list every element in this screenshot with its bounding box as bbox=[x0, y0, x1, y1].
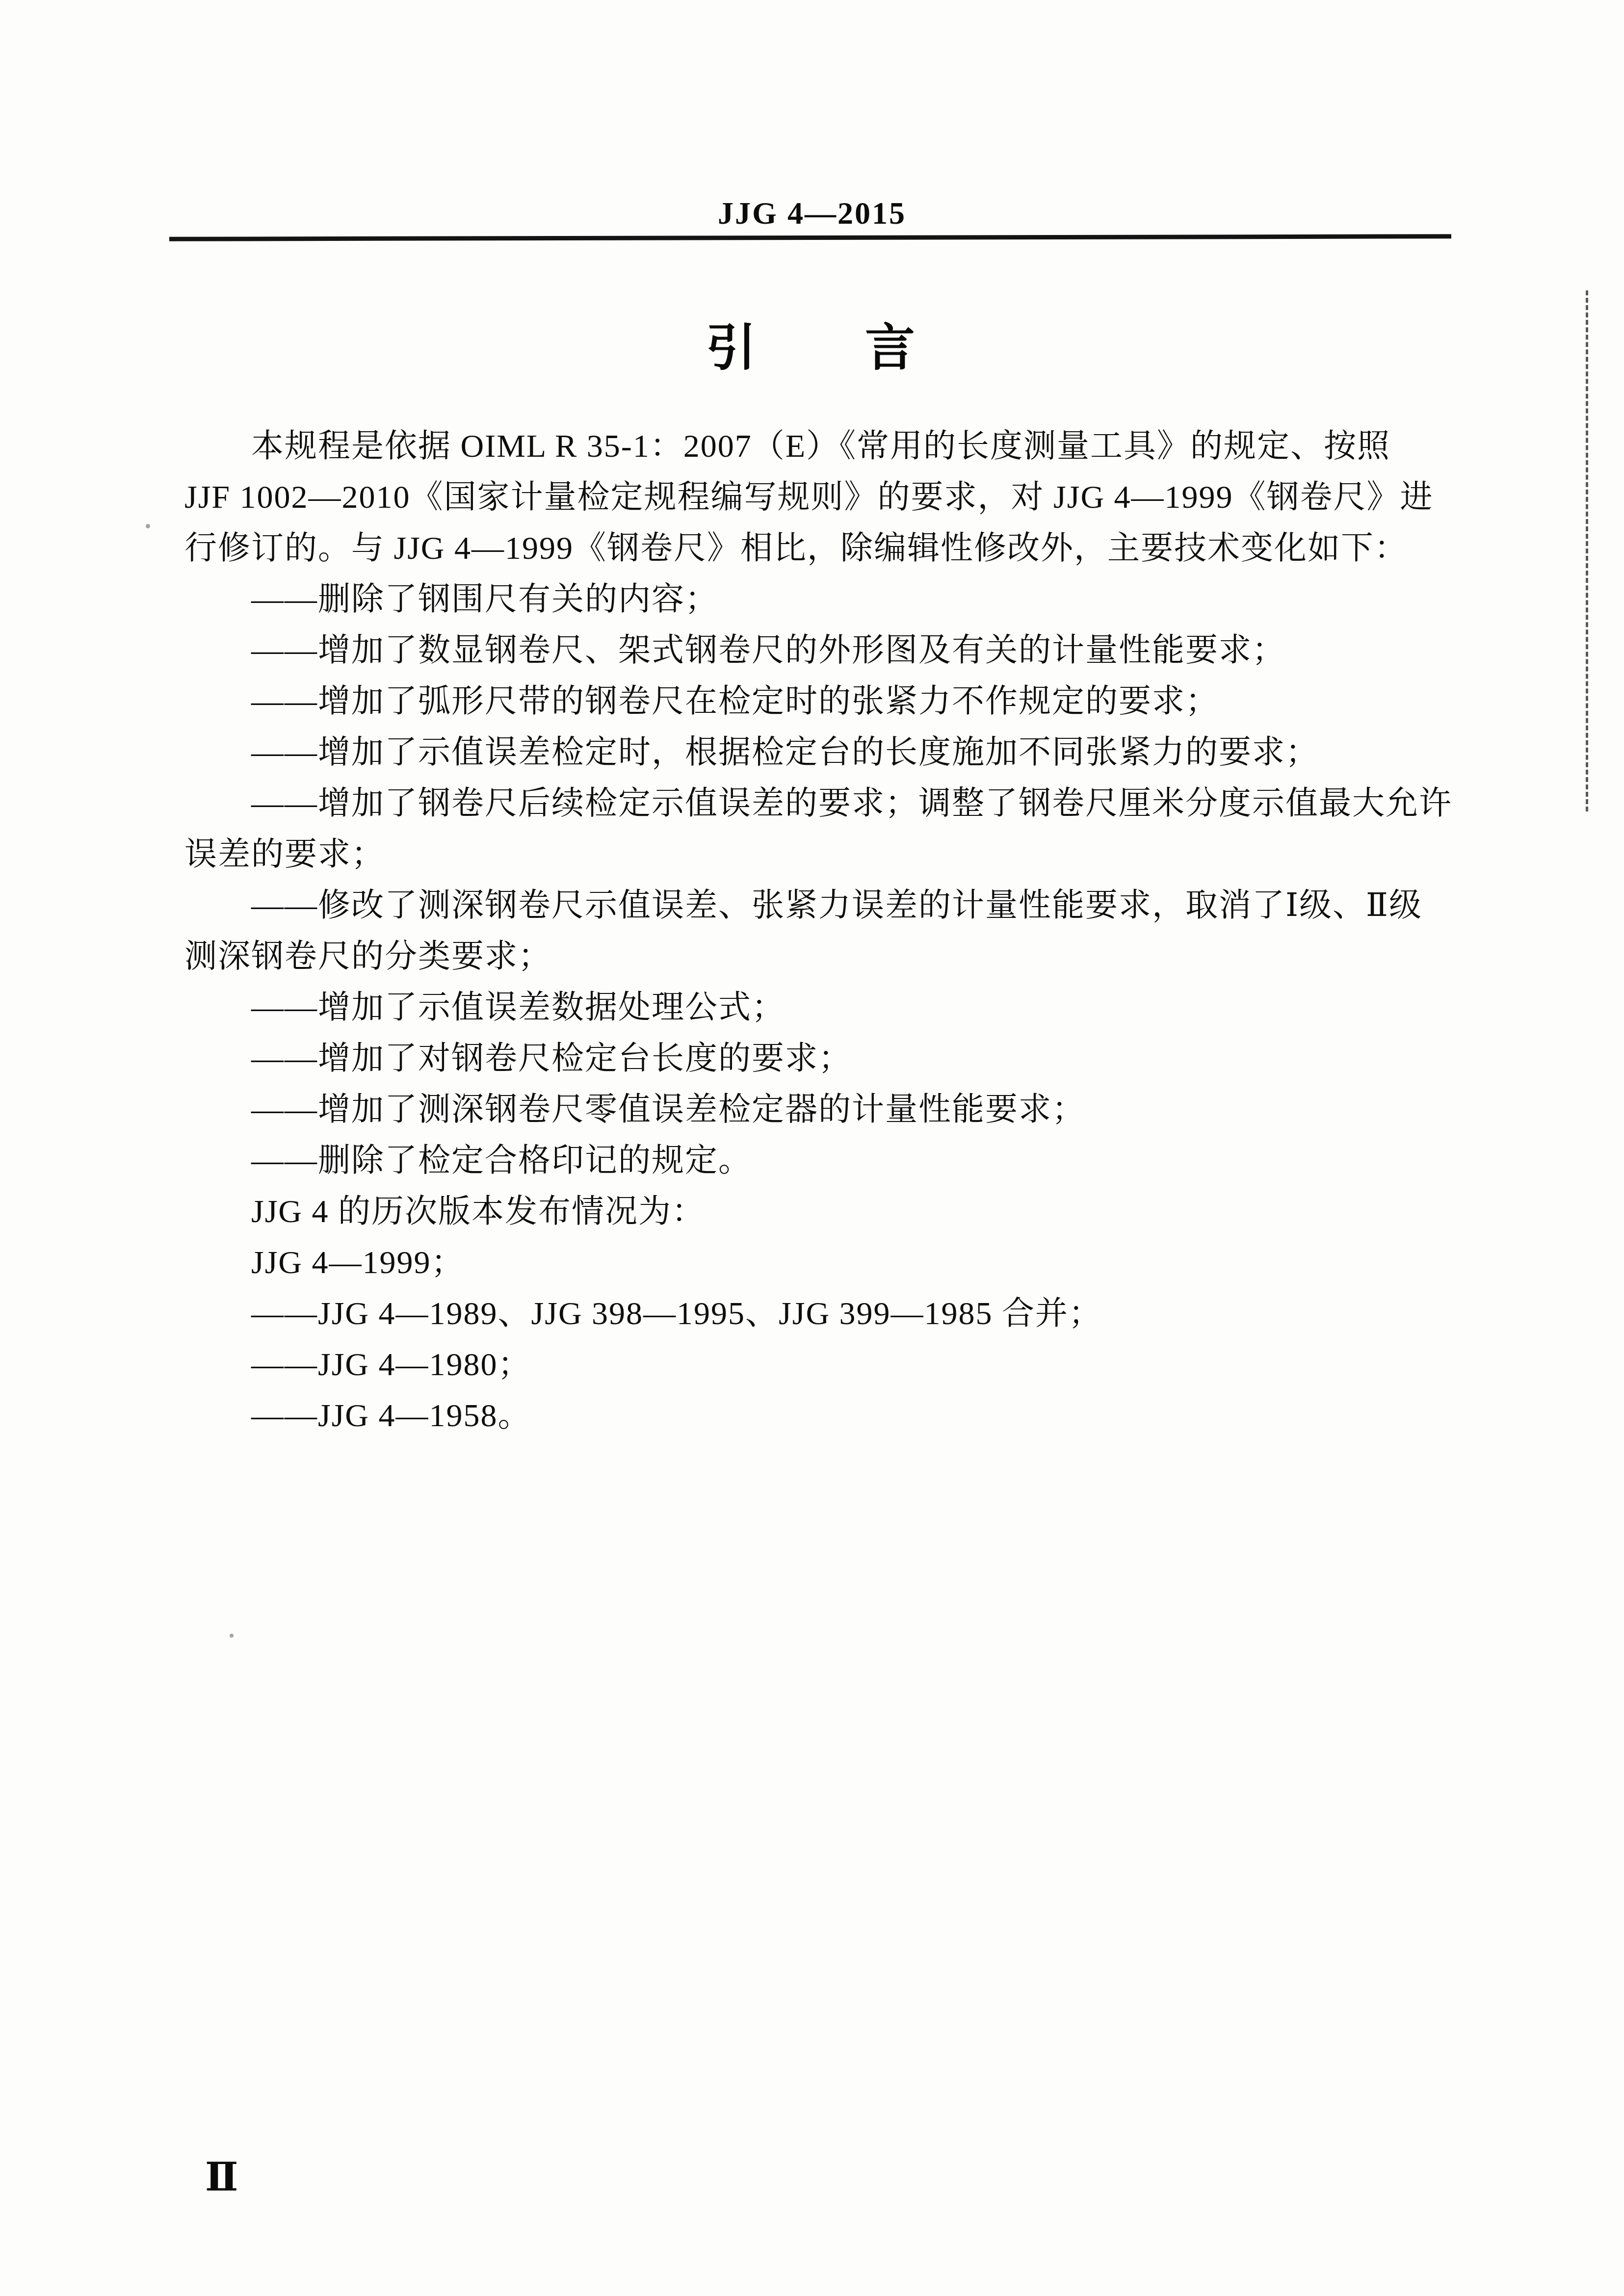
body-line: ——增加了钢卷尺后续检定示值误差的要求；调整了钢卷尺厘米分度示值最大允许 bbox=[184, 778, 1455, 829]
document-page: JJG 4—2015 引 言 本规程是依据 OIML R 35-1：2007（E… bbox=[0, 0, 1624, 2296]
scan-speck bbox=[146, 524, 150, 528]
body-line: 行修订的。与 JJG 4—1999《钢卷尺》相比，除编辑性修改外，主要技术变化如… bbox=[184, 523, 1455, 574]
body-line: JJG 4 的历次版本发布情况为： bbox=[184, 1186, 1455, 1237]
body-line: ——增加了数显钢卷尺、架式钢卷尺的外形图及有关的计量性能要求； bbox=[184, 625, 1455, 676]
body-line: 测深钢卷尺的分类要求； bbox=[184, 931, 1455, 982]
header-divider-rule bbox=[169, 234, 1451, 241]
body-line: ——删除了钢围尺有关的内容； bbox=[184, 574, 1455, 625]
scan-speck bbox=[230, 1634, 234, 1638]
body-line: ——增加了示值误差数据处理公式； bbox=[184, 982, 1455, 1033]
body-line: 本规程是依据 OIML R 35-1：2007（E）《常用的长度测量工具》的规定… bbox=[184, 421, 1455, 472]
body-line: ——修改了测深钢卷尺示值误差、张紧力误差的计量性能要求，取消了Ⅰ级、Ⅱ级 bbox=[184, 880, 1455, 931]
body-line: ——JJG 4—1989、JJG 398—1995、JJG 399—1985 合… bbox=[184, 1288, 1455, 1339]
body-line: JJF 1002—2010《国家计量检定规程编写规则》的要求，对 JJG 4—1… bbox=[184, 472, 1455, 523]
body-line: JJG 4—1999； bbox=[184, 1237, 1455, 1288]
body-line: ——增加了测深钢卷尺零值误差检定器的计量性能要求； bbox=[184, 1084, 1455, 1135]
body-text-block: 本规程是依据 OIML R 35-1：2007（E）《常用的长度测量工具》的规定… bbox=[184, 421, 1455, 1441]
body-line: ——增加了弧形尺带的钢卷尺在检定时的张紧力不作规定的要求； bbox=[184, 676, 1455, 727]
page-number: Ⅱ bbox=[205, 2154, 238, 2200]
document-code-header: JJG 4—2015 bbox=[0, 195, 1624, 232]
body-line: ——删除了检定合格印记的规定。 bbox=[184, 1135, 1455, 1186]
scan-dashed-line-artifact bbox=[1586, 290, 1588, 811]
body-line: ——增加了示值误差检定时，根据检定台的长度施加不同张紧力的要求； bbox=[184, 727, 1455, 778]
body-line: ——增加了对钢卷尺检定台长度的要求； bbox=[184, 1033, 1455, 1084]
section-title: 引 言 bbox=[0, 308, 1624, 380]
body-line: ——JJG 4—1980； bbox=[184, 1339, 1455, 1390]
body-line: 误差的要求； bbox=[184, 829, 1455, 880]
body-line: ——JJG 4—1958。 bbox=[184, 1390, 1455, 1441]
